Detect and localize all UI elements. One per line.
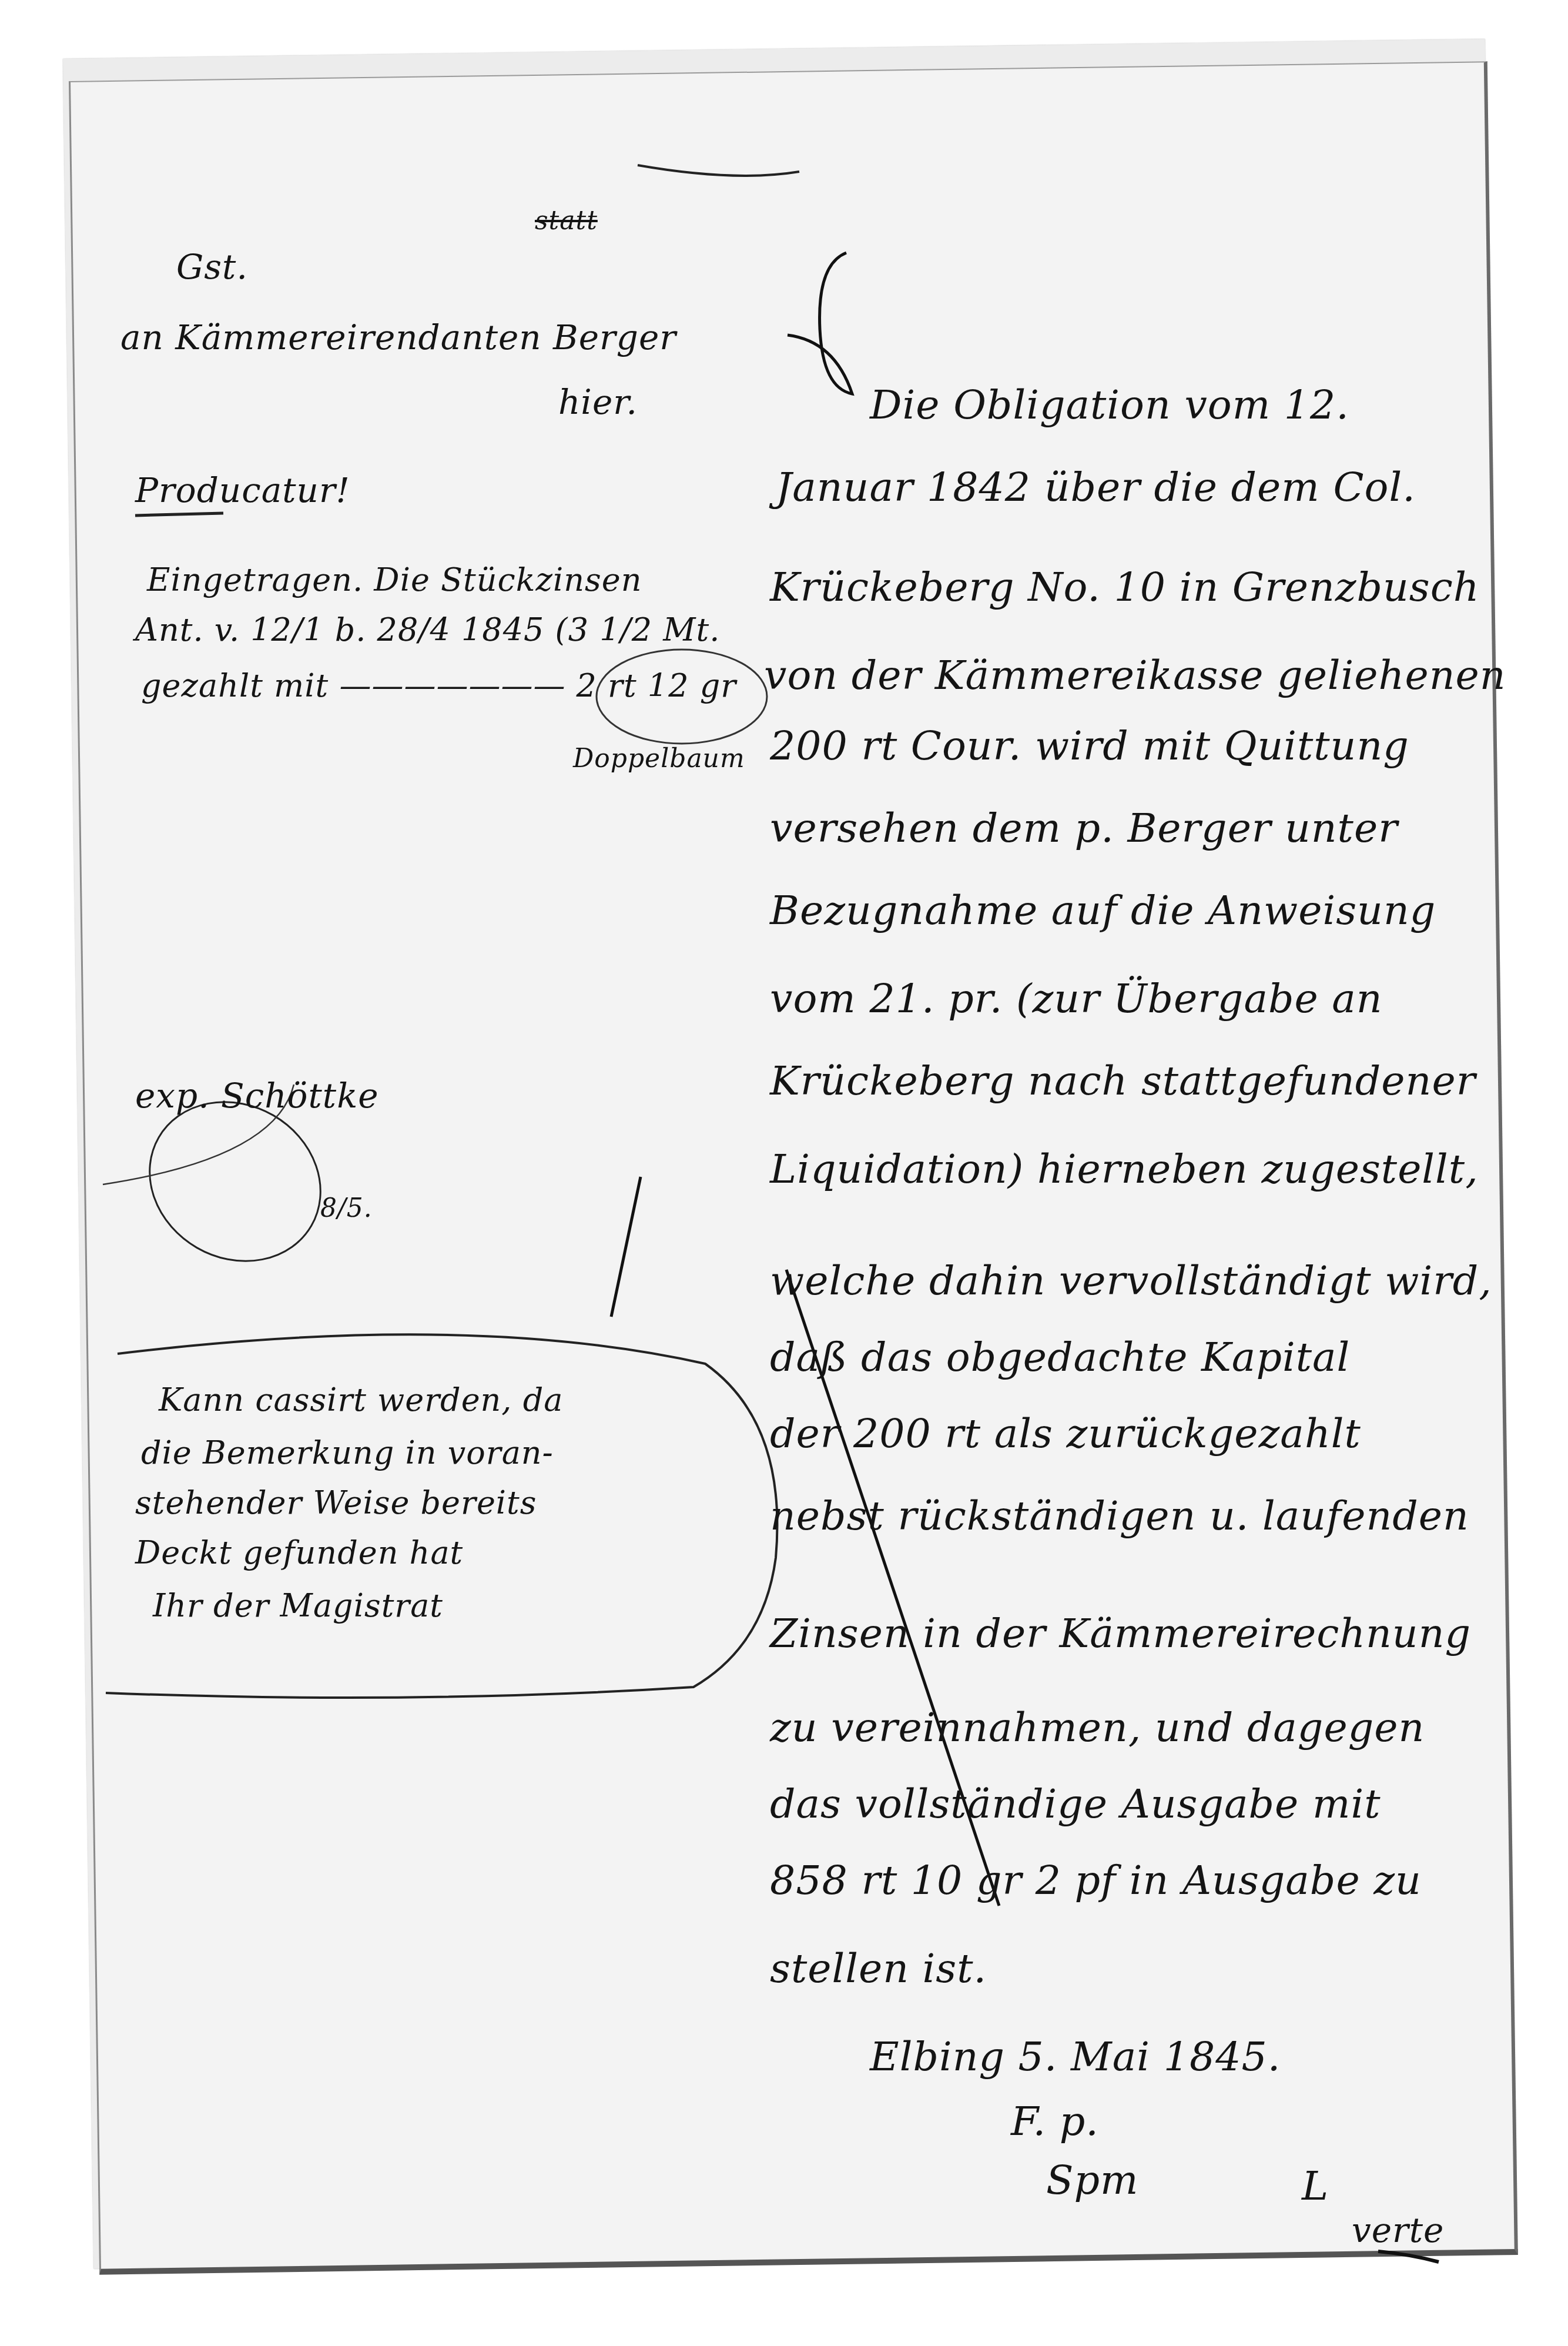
location-line: hier. [558,382,638,422]
body-line: Liquidation) hierneben zugestellt, [770,1146,1479,1193]
verte-note: verte [1352,2210,1444,2250]
signature: Spm [1046,2157,1139,2204]
margin-note-line3: gezahlt mit ——————— 2 rt 12 gr [141,667,736,704]
body-line: Zinsen in der Kämmereirechnung [770,1611,1471,1657]
boxed-note-line: stehender Weise bereits [135,1484,537,1521]
margin-heading: Producatur! [135,470,350,510]
body-line: welche dahin vervollständigt wird, [770,1258,1492,1304]
initial-flourish [788,253,852,394]
expedition-date: 8/5. [320,1193,373,1223]
body-line: vom 21. pr. (zur Übergabe an [770,976,1383,1022]
margin-note-line1: Eingetragen. Die Stückzinsen [147,561,642,598]
slash-mark [611,1177,641,1317]
body-line: Januar 1842 über die dem Col. [776,464,1416,511]
file-number-underline [638,165,799,176]
body-line: nebst rückständigen u. laufenden [770,1493,1469,1540]
cancelled-word: statt [535,206,598,236]
body-line: Die Obligation vom 12. [870,382,1349,429]
body-line: Krückeberg No. 10 in Grenzbusch [770,564,1480,611]
body-line: 858 rt 10 gr 2 pf in Ausgabe zu [770,1858,1422,1904]
body-line: Bezugnahme auf die Anweisung [770,888,1436,934]
body-line: das vollständige Ausgabe mit [770,1781,1381,1828]
place-date: Elbing 5. Mai 1845. [870,2034,1281,2080]
body-line: zu vereinnahmen, und dagegen [770,1705,1425,1751]
body-line: von der Kämmereikasse geliehenen [764,652,1506,699]
body-line: daß das obgedachte Kapital [770,1334,1350,1381]
initials: F. p. [1011,2099,1099,2145]
body-line: Krückeberg nach stattgefundener [770,1058,1476,1105]
body-line: der 200 rt als zurückgezahlt [770,1411,1361,1457]
salutation-line1: Gst. [176,247,248,287]
boxed-note-line: Kann cassirt werden, da [159,1381,563,1418]
body-line: 200 rt Cour. wird mit Quittung [770,723,1409,769]
turn-over-mark: L [1302,2163,1329,2210]
margin-note-line2: Ant. v. 12/1 b. 28/4 1845 (3 1/2 Mt. [135,611,720,648]
boxed-note-line: Ihr der Magistrat [153,1587,443,1624]
recipient-line: an Kämmereirendanten Berger [120,317,676,357]
body-line: versehen dem p. Berger unter [770,805,1398,852]
boxed-note-line: Deckt gefunden hat [135,1534,463,1571]
expedition-mark: exp. Schöttke [135,1076,379,1116]
margin-note-signature: Doppelbaum [573,744,745,774]
heading-underline [135,513,223,516]
body-line: stellen ist. [770,1946,987,1992]
boxed-note-line: die Bemerkung in voran- [141,1434,554,1471]
